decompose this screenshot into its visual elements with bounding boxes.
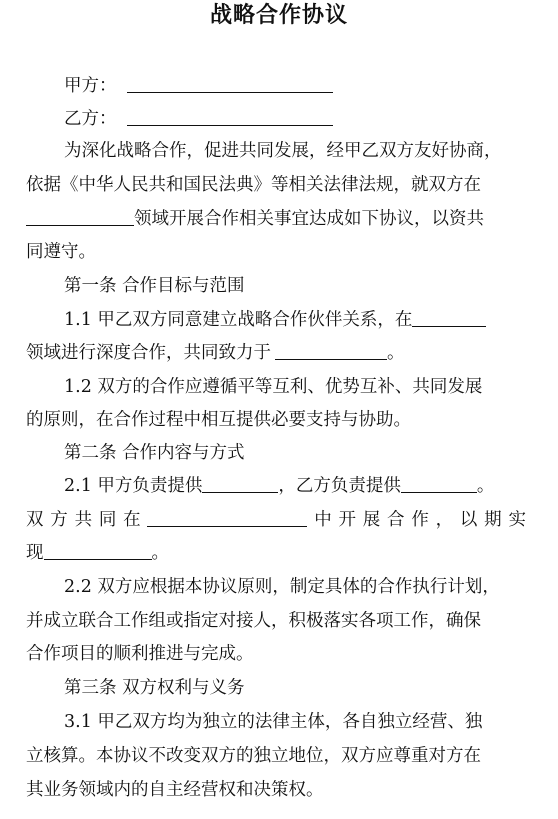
clause-1-1-text: 1.1 甲乙双方同意建立战略合作伙伴关系，在 <box>64 310 412 330</box>
char: 双 <box>26 508 44 532</box>
clause-2-2-line-2: 并成立联合工作组或指定对接人，积极落实各项工作，确保 <box>26 609 526 633</box>
party-b-blank[interactable] <box>127 107 333 126</box>
char: 实 <box>508 508 526 532</box>
char: 在 <box>123 508 141 532</box>
clause-3-1-line-3: 其业务领域内的自主经营权和决策权。 <box>26 778 526 802</box>
party-a-label: 甲方： <box>64 76 117 96</box>
clause-2-1-line-3-period: 。 <box>152 543 170 563</box>
clause-3-1-line-2: 立核算。本协议不改变双方的独立地位，双方应尊重对方在 <box>26 744 526 768</box>
article-1-heading: 第一条 合作目标与范围 <box>64 274 526 298</box>
clause-2-1-period: 。 <box>477 476 495 496</box>
cooperation-goal-blank[interactable] <box>44 541 152 560</box>
preamble-line-4: 同遵守。 <box>26 240 526 264</box>
clause-1-1-line-2: 领域进行深度合作，共同致力于。 <box>26 341 526 365</box>
char: 共 <box>75 508 93 532</box>
char: 中 <box>314 508 332 532</box>
char: 开 <box>338 508 356 532</box>
preamble-line-1: 为深化战略合作，促进共同发展，经甲乙双方友好协商， <box>64 139 526 163</box>
article-3-heading: 第三条 双方权利与义务 <box>64 676 526 700</box>
party-a-provides-blank[interactable] <box>202 474 278 493</box>
char: 方 <box>50 508 68 532</box>
char: 以 <box>460 508 478 532</box>
clause-2-1-party-b-text: ，乙方负责提供 <box>278 476 401 496</box>
preamble-line-3: 领域开展合作相关事宜达成如下协议，以资共 <box>26 207 526 231</box>
preamble-line-2: 依据《中华人民共和国民法典》等相关法律法规，就双方在 <box>26 173 526 197</box>
document-title: 战略合作协议 <box>0 0 558 30</box>
party-b-label: 乙方： <box>64 109 117 129</box>
clause-2-1-line-1: 2.1 甲方负责提供，乙方负责提供。 <box>64 474 526 498</box>
article-2-heading: 第二条 合作内容与方式 <box>64 441 526 465</box>
clause-2-1-party-a-text: 2.1 甲方负责提供 <box>64 476 202 496</box>
clause-3-1-line-1: 3.1 甲乙双方均为独立的法律主体，各自独立经营、独 <box>64 710 526 734</box>
party-b-line: 乙方： <box>64 107 526 131</box>
clause-2-1-line-3: 现。 <box>26 541 526 565</box>
cooperation-field-blank[interactable] <box>26 207 134 226</box>
clause-2-2-line-3: 合作项目的顺利推进与完成。 <box>26 642 526 666</box>
party-b-provides-blank[interactable] <box>401 474 477 493</box>
clause-2-1-line-3-text: 现 <box>26 543 44 563</box>
char: ， <box>436 508 454 532</box>
clause-2-1-line-2: 双 方 共 同 在 中 开 展 合 作 ， 以 期 实 <box>26 508 526 532</box>
char: 合 <box>387 508 405 532</box>
char: 作 <box>411 508 429 532</box>
char: 同 <box>99 508 117 532</box>
clause-2-2-line-1: 2.2 双方应根据本协议原则，制定具体的合作执行计划， <box>64 575 526 599</box>
char: 期 <box>484 508 502 532</box>
clause-1-1-line-2-text: 领域进行深度合作，共同致力于 <box>26 343 271 363</box>
clause-1-1-period: 。 <box>387 343 405 363</box>
clause-1-1-field-blank[interactable] <box>412 308 486 327</box>
party-a-line: 甲方： <box>64 74 526 98</box>
party-a-blank[interactable] <box>127 74 333 93</box>
clause-1-1-goal-blank[interactable] <box>275 341 387 360</box>
clause-1-2-line-2: 的原则，在合作过程中相互提供必要支持与协助。 <box>26 408 526 432</box>
clause-1-2-line-1: 1.2 双方的合作应遵循平等互利、优势互补、共同发展 <box>64 375 526 399</box>
cooperation-scope-blank[interactable] <box>147 508 307 527</box>
char: 展 <box>363 508 381 532</box>
clause-1-1-line-1: 1.1 甲乙双方同意建立战略合作伙伴关系，在 <box>64 308 526 332</box>
preamble-line-3-text: 领域开展合作相关事宜达成如下协议，以资共 <box>134 209 484 229</box>
